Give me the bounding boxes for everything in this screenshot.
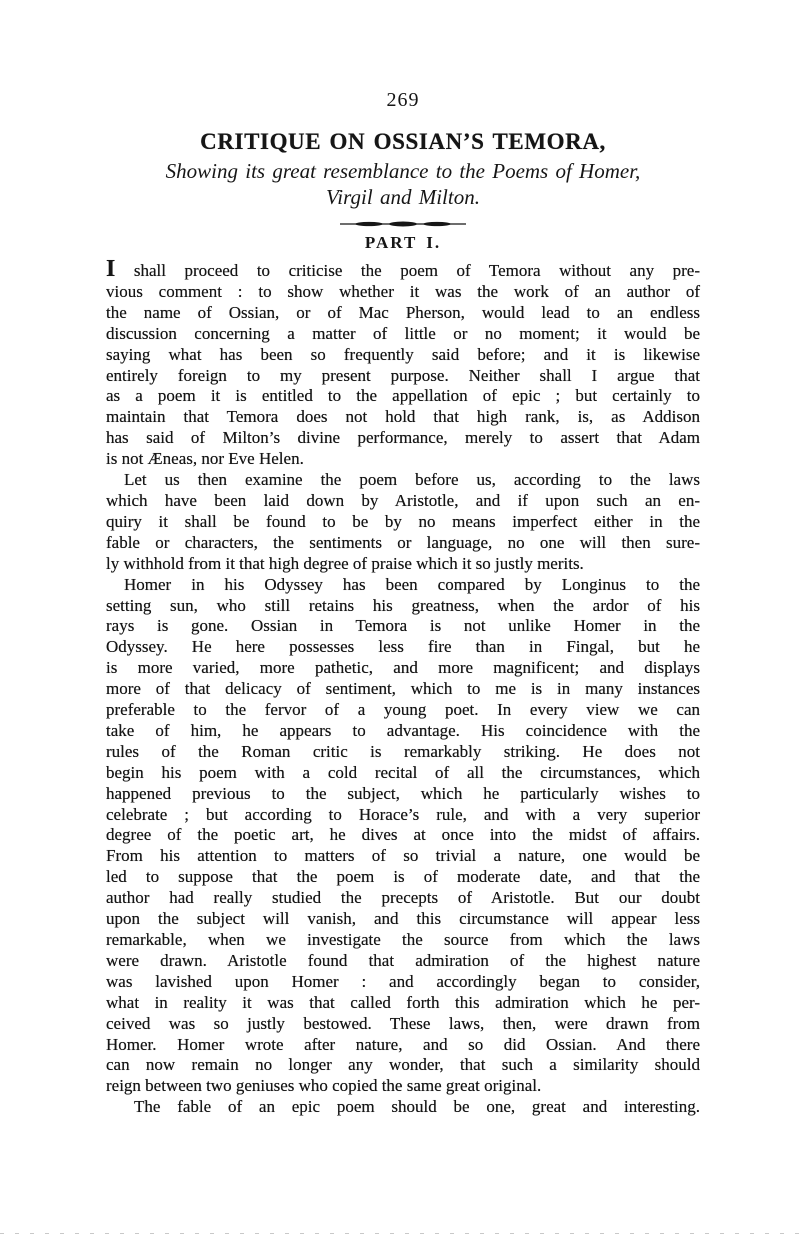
text-line: From his attention to matters of so triv… bbox=[106, 846, 700, 867]
text-line: were drawn. Aristotle found that admirat… bbox=[106, 951, 700, 972]
text-line: vious comment : to show whether it was t… bbox=[106, 282, 700, 303]
text-line: begin his poem with a cold recital of al… bbox=[106, 763, 700, 784]
text-line: the name of Ossian, or of Mac Pherson, w… bbox=[106, 303, 700, 324]
text-line: The fable of an epic poem should be one,… bbox=[106, 1097, 700, 1118]
text-line: what in reality it was that called forth… bbox=[106, 993, 700, 1014]
text-line: as a poem it is entitled to the appellat… bbox=[106, 386, 700, 407]
text-line: upon the subject will vanish, and this c… bbox=[106, 909, 700, 930]
article-title: CRITIQUE ON OSSIAN’S TEMORA, bbox=[106, 128, 700, 156]
text-line: Homer in his Odyssey has been compared b… bbox=[106, 575, 700, 596]
text-line: Homer. Homer wrote after nature, and so … bbox=[106, 1035, 700, 1056]
book-page-scan: 269 CRITIQUE ON OSSIAN’S TEMORA, Showing… bbox=[0, 0, 800, 1237]
text-line: Odyssey. He here possesses less fire tha… bbox=[106, 637, 700, 658]
text-line: can now remain no longer any wonder, tha… bbox=[106, 1055, 700, 1076]
text-line: discussion concerning a matter of little… bbox=[106, 324, 700, 345]
paragraph: The fable of an epic poem should be one,… bbox=[106, 1097, 700, 1118]
text-line: remarkable, when we investigate the sour… bbox=[106, 930, 700, 951]
text-line: rays is gone. Ossian in Temora is not un… bbox=[106, 616, 700, 637]
article-subtitle: Showing its great resemblance to the Poe… bbox=[106, 158, 700, 210]
paragraph: I shall proceed to criticise the poem of… bbox=[106, 259, 700, 470]
text-line: more of that delicacy of sentiment, whic… bbox=[106, 679, 700, 700]
text-line: preferable to the fervor of a young poet… bbox=[106, 700, 700, 721]
text-line: celebrate ; but according to Horace’s ru… bbox=[106, 805, 700, 826]
text-line: reign between two geniuses who copied th… bbox=[106, 1076, 700, 1097]
text-line: has said of Milton’s divine performance,… bbox=[106, 428, 700, 449]
part-heading: PART I. bbox=[106, 232, 700, 254]
paragraph: Let us then examine the poem before us, … bbox=[106, 470, 700, 575]
text-line: maintain that Temora does not hold that … bbox=[106, 407, 700, 428]
text-line: fable or characters, the sentiments or l… bbox=[106, 533, 700, 554]
text-line: ceived was so justly bestowed. These law… bbox=[106, 1014, 700, 1035]
text-line: is more varied, more pathetic, and more … bbox=[106, 658, 700, 679]
text-line: I shall proceed to criticise the poem of… bbox=[106, 259, 700, 282]
text-line: author had really studied the precepts o… bbox=[106, 888, 700, 909]
text-line: take of him, he appears to advantage. Hi… bbox=[106, 721, 700, 742]
text-line: happened previous to the subject, which … bbox=[106, 784, 700, 805]
article-subtitle-line1: Showing its great resemblance to the Poe… bbox=[106, 158, 700, 184]
page-number: 269 bbox=[106, 0, 700, 112]
text-line: ly withhold from it that high degree of … bbox=[106, 554, 700, 575]
swelled-rule-ornament-icon bbox=[339, 220, 467, 228]
scan-edge-artifact bbox=[0, 1233, 800, 1234]
text-line: rules of the Roman critic is remarkably … bbox=[106, 742, 700, 763]
text-line: Let us then examine the poem before us, … bbox=[106, 470, 700, 491]
text-line: quiry it shall be found to be by no mean… bbox=[106, 512, 700, 533]
paragraph: Homer in his Odyssey has been compared b… bbox=[106, 575, 700, 1098]
text-line: is not Æneas, nor Eve Helen. bbox=[106, 449, 700, 470]
text-line: degree of the poetic art, he dives at on… bbox=[106, 825, 700, 846]
page-content: 269 CRITIQUE ON OSSIAN’S TEMORA, Showing… bbox=[106, 0, 700, 1118]
text-line: which have been laid down by Aristotle, … bbox=[106, 491, 700, 512]
article-body: I shall proceed to criticise the poem of… bbox=[106, 259, 700, 1118]
article-subtitle-line2: Virgil and Milton. bbox=[106, 184, 700, 210]
text-line: setting sun, who still retains his great… bbox=[106, 596, 700, 617]
ornament-container bbox=[106, 220, 700, 228]
text-line: entirely foreign to my present purpose. … bbox=[106, 366, 700, 387]
text-line: was lavished upon Homer : and accordingl… bbox=[106, 972, 700, 993]
text-line: saying what has been so frequently said … bbox=[106, 345, 700, 366]
text-line: led to suppose that the poem is of moder… bbox=[106, 867, 700, 888]
